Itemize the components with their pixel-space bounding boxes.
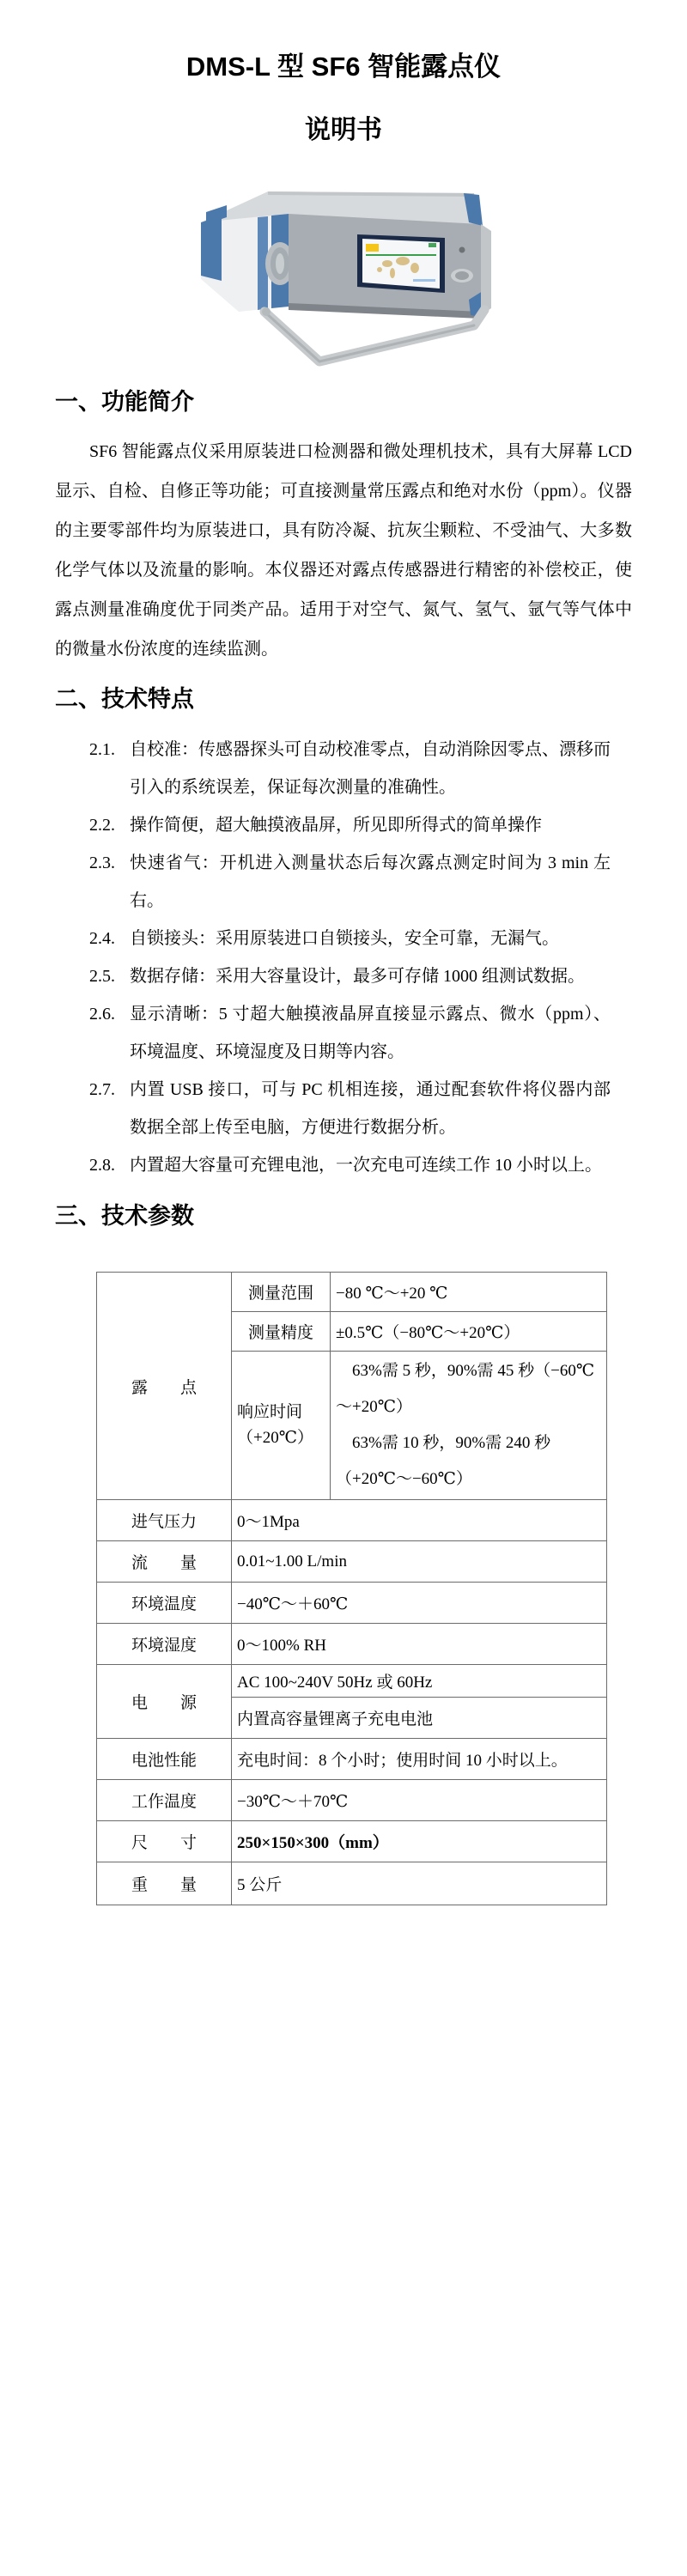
section-heading-features: 二、技术特点 — [55, 683, 687, 715]
intro-paragraph: SF6 智能露点仪采用原装进口检测器和微处理机技术，具有大屏幕 LCD 显示、自… — [55, 432, 632, 669]
feature-item: 2.2. 操作简便，超大触摸液晶屏，所见即所得式的简单操作 — [89, 806, 687, 844]
feature-item-text: 内置 USB 接口，可与 PC 机相连接，通过配套软件将仪器内部数据全部上传至电… — [130, 1071, 611, 1146]
cell-power-ac-value: AC 100~240V 50Hz 或 60Hz — [232, 1665, 607, 1698]
cell-accuracy-value: ±0.5℃（−80℃～+20℃） — [331, 1312, 607, 1352]
cell-dewpoint-group: 露 点 — [97, 1273, 232, 1500]
cell-inlet-pressure-value: 0～1Mpa — [232, 1500, 607, 1541]
section-heading-specs: 三、技术参数 — [55, 1200, 687, 1232]
response-value-2: 63%需 10 秒，90%需 240 秒（+20℃～−60℃） — [336, 1425, 601, 1498]
cell-response-value: 63%需 5 秒，90%需 45 秒（−60℃～+20℃） 63%需 10 秒，… — [331, 1352, 607, 1500]
response-value-1: 63%需 5 秒，90%需 45 秒（−60℃～+20℃） — [336, 1353, 601, 1425]
cell-ambient-humidity-value: 0～100% RH — [232, 1624, 607, 1665]
cell-power-label: 电 源 — [97, 1665, 232, 1739]
cell-ambient-temp-label: 环境温度 — [97, 1583, 232, 1624]
feature-item-number: 2.8. — [89, 1146, 130, 1184]
page-title: DMS-L 型 SF6 智能露点仪 — [0, 0, 687, 87]
feature-item: 2.3. 快速省气：开机进入测量状态后每次露点测定时间为 3 min 左右。 — [89, 844, 687, 920]
feature-item: 2.5. 数据存储：采用大容量设计，最多可存储 1000 组测试数据。 — [89, 957, 687, 995]
feature-item-number: 2.7. — [89, 1071, 130, 1146]
cell-working-temp-value: −30℃～＋70℃ — [232, 1780, 607, 1821]
page-subtitle: 说明书 — [0, 111, 687, 150]
feature-item-number: 2.6. — [89, 995, 130, 1071]
cell-range-value: −80 ℃～+20 ℃ — [331, 1273, 607, 1312]
feature-item-text: 内置超大容量可充锂电池，一次充电可连续工作 10 小时以上。 — [130, 1146, 611, 1184]
feature-item-number: 2.4. — [89, 920, 130, 957]
feature-item: 2.4. 自锁接头：采用原装进口自锁接头，安全可靠，无漏气。 — [89, 920, 687, 957]
feature-item-number: 2.1. — [89, 731, 130, 806]
product-photo — [189, 181, 498, 379]
feature-item-number: 2.5. — [89, 957, 130, 995]
feature-item-text: 显示清晰：5 寸超大触摸液晶屏直接显示露点、微水（ppm）、环境温度、环境湿度及… — [130, 995, 611, 1071]
cell-power-battery-value: 内置高容量锂离子充电电池 — [232, 1698, 607, 1739]
cell-battery-performance-label: 电池性能 — [97, 1739, 232, 1780]
cell-flow-label: 流 量 — [97, 1541, 232, 1583]
feature-item-number: 2.3. — [89, 844, 130, 920]
cell-battery-performance-value: 充电时间：8 个小时；使用时间 10 小时以上。 — [232, 1739, 607, 1780]
feature-item-text: 自锁接头：采用原装进口自锁接头，安全可靠，无漏气。 — [130, 920, 611, 957]
feature-item: 2.1. 自校准：传感器探头可自动校准零点，自动消除因零点、漂移而引入的系统误差… — [89, 731, 687, 806]
response-label-line1: 响应时间 — [237, 1400, 325, 1425]
feature-item-number: 2.2. — [89, 806, 130, 844]
feature-list: 2.1. 自校准：传感器探头可自动校准零点，自动消除因零点、漂移而引入的系统误差… — [0, 731, 687, 1184]
feature-item: 2.8. 内置超大容量可充锂电池，一次充电可连续工作 10 小时以上。 — [89, 1146, 687, 1184]
cell-weight-label: 重 量 — [97, 1862, 232, 1905]
cell-working-temp-label: 工作温度 — [97, 1780, 232, 1821]
manual-page: DMS-L 型 SF6 智能露点仪 说明书 — [0, 0, 687, 2576]
cell-accuracy-label: 测量精度 — [232, 1312, 331, 1352]
feature-item-text: 自校准：传感器探头可自动校准零点，自动消除因零点、漂移而引入的系统误差，保证每次… — [130, 731, 611, 806]
feature-item-text: 数据存储：采用大容量设计，最多可存储 1000 组测试数据。 — [130, 957, 611, 995]
feature-item-text: 快速省气：开机进入测量状态后每次露点测定时间为 3 min 左右。 — [130, 844, 611, 920]
feature-item-text: 操作简便，超大触摸液晶屏，所见即所得式的简单操作 — [130, 806, 611, 844]
feature-item: 2.7. 内置 USB 接口，可与 PC 机相连接，通过配套软件将仪器内部数据全… — [89, 1071, 687, 1146]
cell-response-label: 响应时间 （+20℃） — [232, 1352, 331, 1500]
cell-weight-value: 5 公斤 — [232, 1862, 607, 1905]
cell-ambient-humidity-label: 环境湿度 — [97, 1624, 232, 1665]
cell-inlet-pressure-label: 进气压力 — [97, 1500, 232, 1541]
cell-flow-value: 0.01~1.00 L/min — [232, 1541, 607, 1583]
cell-dimensions-value: 250×150×300（mm） — [232, 1821, 607, 1862]
feature-item: 2.6. 显示清晰：5 寸超大触摸液晶屏直接显示露点、微水（ppm）、环境温度、… — [89, 995, 687, 1071]
specs-table: 露 点 测量范围 −80 ℃～+20 ℃ 测量精度 ±0.5℃（−80℃～+20… — [96, 1272, 607, 1905]
response-label-line2: （+20℃） — [237, 1425, 325, 1451]
cell-ambient-temp-value: −40℃～＋60℃ — [232, 1583, 607, 1624]
cell-range-label: 测量范围 — [232, 1273, 331, 1312]
cell-dimensions-label: 尺 寸 — [97, 1821, 232, 1862]
section-heading-intro: 一、功能简介 — [55, 386, 687, 418]
product-photo-drawing — [189, 181, 498, 379]
